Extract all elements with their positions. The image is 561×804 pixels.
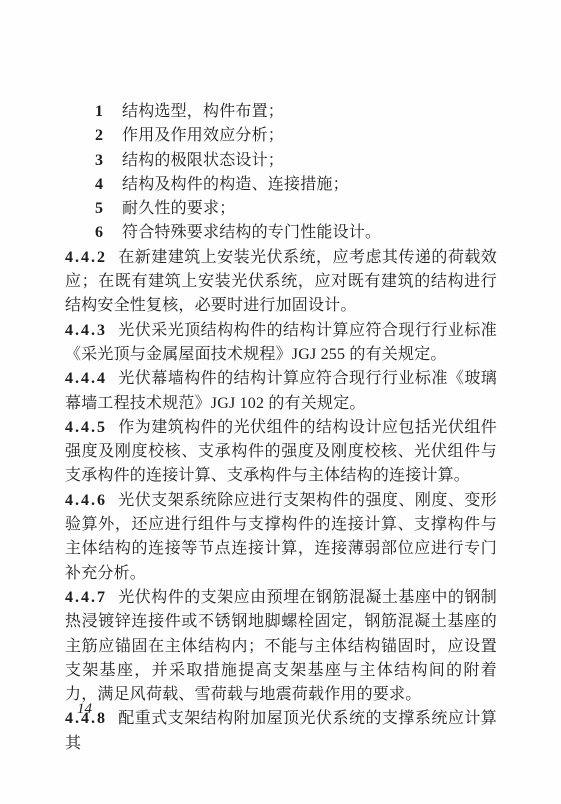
clause-paragraph: 4.4.4光伏幕墙构件的结构计算应符合现行行业标准《玻璃幕墙工程技术规范》JGJ… xyxy=(65,367,497,416)
clause-paragraph: 4.4.3光伏采光顶结构构件的结构计算应符合现行行业标准《采光顶与金属屋面技术规… xyxy=(65,319,497,368)
clause-number: 4.4.3 xyxy=(65,322,107,339)
clause-paragraph: 4.4.7光伏构件的支架应由预埋在钢筋混凝土基座中的钢制热浸镀锌连接件或不锈钢地… xyxy=(65,586,497,707)
clause-paragraph: 4.4.5作为建筑构件的光伏组件的结构设计应包括光伏组件强度及刚度校核、支承构件… xyxy=(65,416,497,489)
clause-text: 在新建建筑上安装光伏系统，应考虑其传递的荷载效应；在既有建筑上安装光伏系统，应对… xyxy=(65,249,497,315)
list-item-number: 6 xyxy=(95,221,103,245)
text-column: 1结构选型，构件布置；2作用及作用效应分析；3结构的极限状态设计；4结构及构件的… xyxy=(65,100,497,756)
clause-number: 4.4.5 xyxy=(65,419,107,436)
clause-text: 光伏采光顶结构构件的结构计算应符合现行行业标准《采光顶与金属屋面技术规程》JGJ… xyxy=(65,322,497,363)
clause-text: 光伏构件的支架应由预埋在钢筋混凝土基座中的钢制热浸镀锌连接件或不锈钢地脚螺栓固定… xyxy=(65,589,497,703)
clause-number: 4.4.2 xyxy=(65,249,107,266)
clause-list: 1结构选型，构件布置；2作用及作用效应分析；3结构的极限状态设计；4结构及构件的… xyxy=(65,100,497,246)
clause-number: 4.4.6 xyxy=(65,492,107,509)
clause-text: 光伏支架系统除应进行支架构件的强度、刚度、变形验算外，还应进行组件与支撑构件的连… xyxy=(65,492,497,582)
list-item: 3结构的极限状态设计； xyxy=(65,149,497,173)
list-item-text: 结构及构件的构造、连接措施； xyxy=(122,176,349,193)
list-item-number: 3 xyxy=(95,149,103,173)
list-item: 5耐久性的要求； xyxy=(65,197,497,221)
clause-paragraph: 4.4.2在新建建筑上安装光伏系统，应考虑其传递的荷载效应；在既有建筑上安装光伏… xyxy=(65,246,497,319)
clause-number: 4.4.4 xyxy=(65,370,107,387)
list-item-number: 2 xyxy=(95,124,103,148)
list-item: 1结构选型，构件布置； xyxy=(65,100,497,124)
list-item: 2作用及作用效应分析； xyxy=(65,124,497,148)
list-item-text: 结构的极限状态设计； xyxy=(122,152,284,169)
list-item-text: 结构选型，构件布置； xyxy=(122,103,284,120)
clause-text: 光伏幕墙构件的结构计算应符合现行行业标准《玻璃幕墙工程技术规范》JGJ 102 … xyxy=(65,370,497,411)
clause-number: 4.4.7 xyxy=(65,589,107,606)
list-item-text: 耐久性的要求； xyxy=(122,200,235,217)
list-item-number: 1 xyxy=(95,100,103,124)
list-item-number: 4 xyxy=(95,173,103,197)
list-item-text: 符合特殊要求结构的专门性能设计。 xyxy=(122,224,381,241)
list-item-text: 作用及作用效应分析； xyxy=(122,127,284,144)
list-item: 4结构及构件的构造、连接措施； xyxy=(65,173,497,197)
list-item-number: 5 xyxy=(95,197,103,221)
page-number: 14 xyxy=(77,701,92,718)
clause-sections: 4.4.2在新建建筑上安装光伏系统，应考虑其传递的荷载效应；在既有建筑上安装光伏… xyxy=(65,246,497,756)
clause-paragraph: 4.4.6光伏支架系统除应进行支架构件的强度、刚度、变形验算外，还应进行组件与支… xyxy=(65,489,497,586)
clause-text: 作为建筑构件的光伏组件的结构设计应包括光伏组件强度及刚度校核、支承构件的强度及刚… xyxy=(65,419,497,485)
list-item: 6符合特殊要求结构的专门性能设计。 xyxy=(65,221,497,245)
clause-paragraph: 4.4.8配重式支架结构附加屋顶光伏系统的支撑系统应计算其 xyxy=(65,707,497,756)
clause-text: 配重式支架结构附加屋顶光伏系统的支撑系统应计算其 xyxy=(65,710,497,751)
